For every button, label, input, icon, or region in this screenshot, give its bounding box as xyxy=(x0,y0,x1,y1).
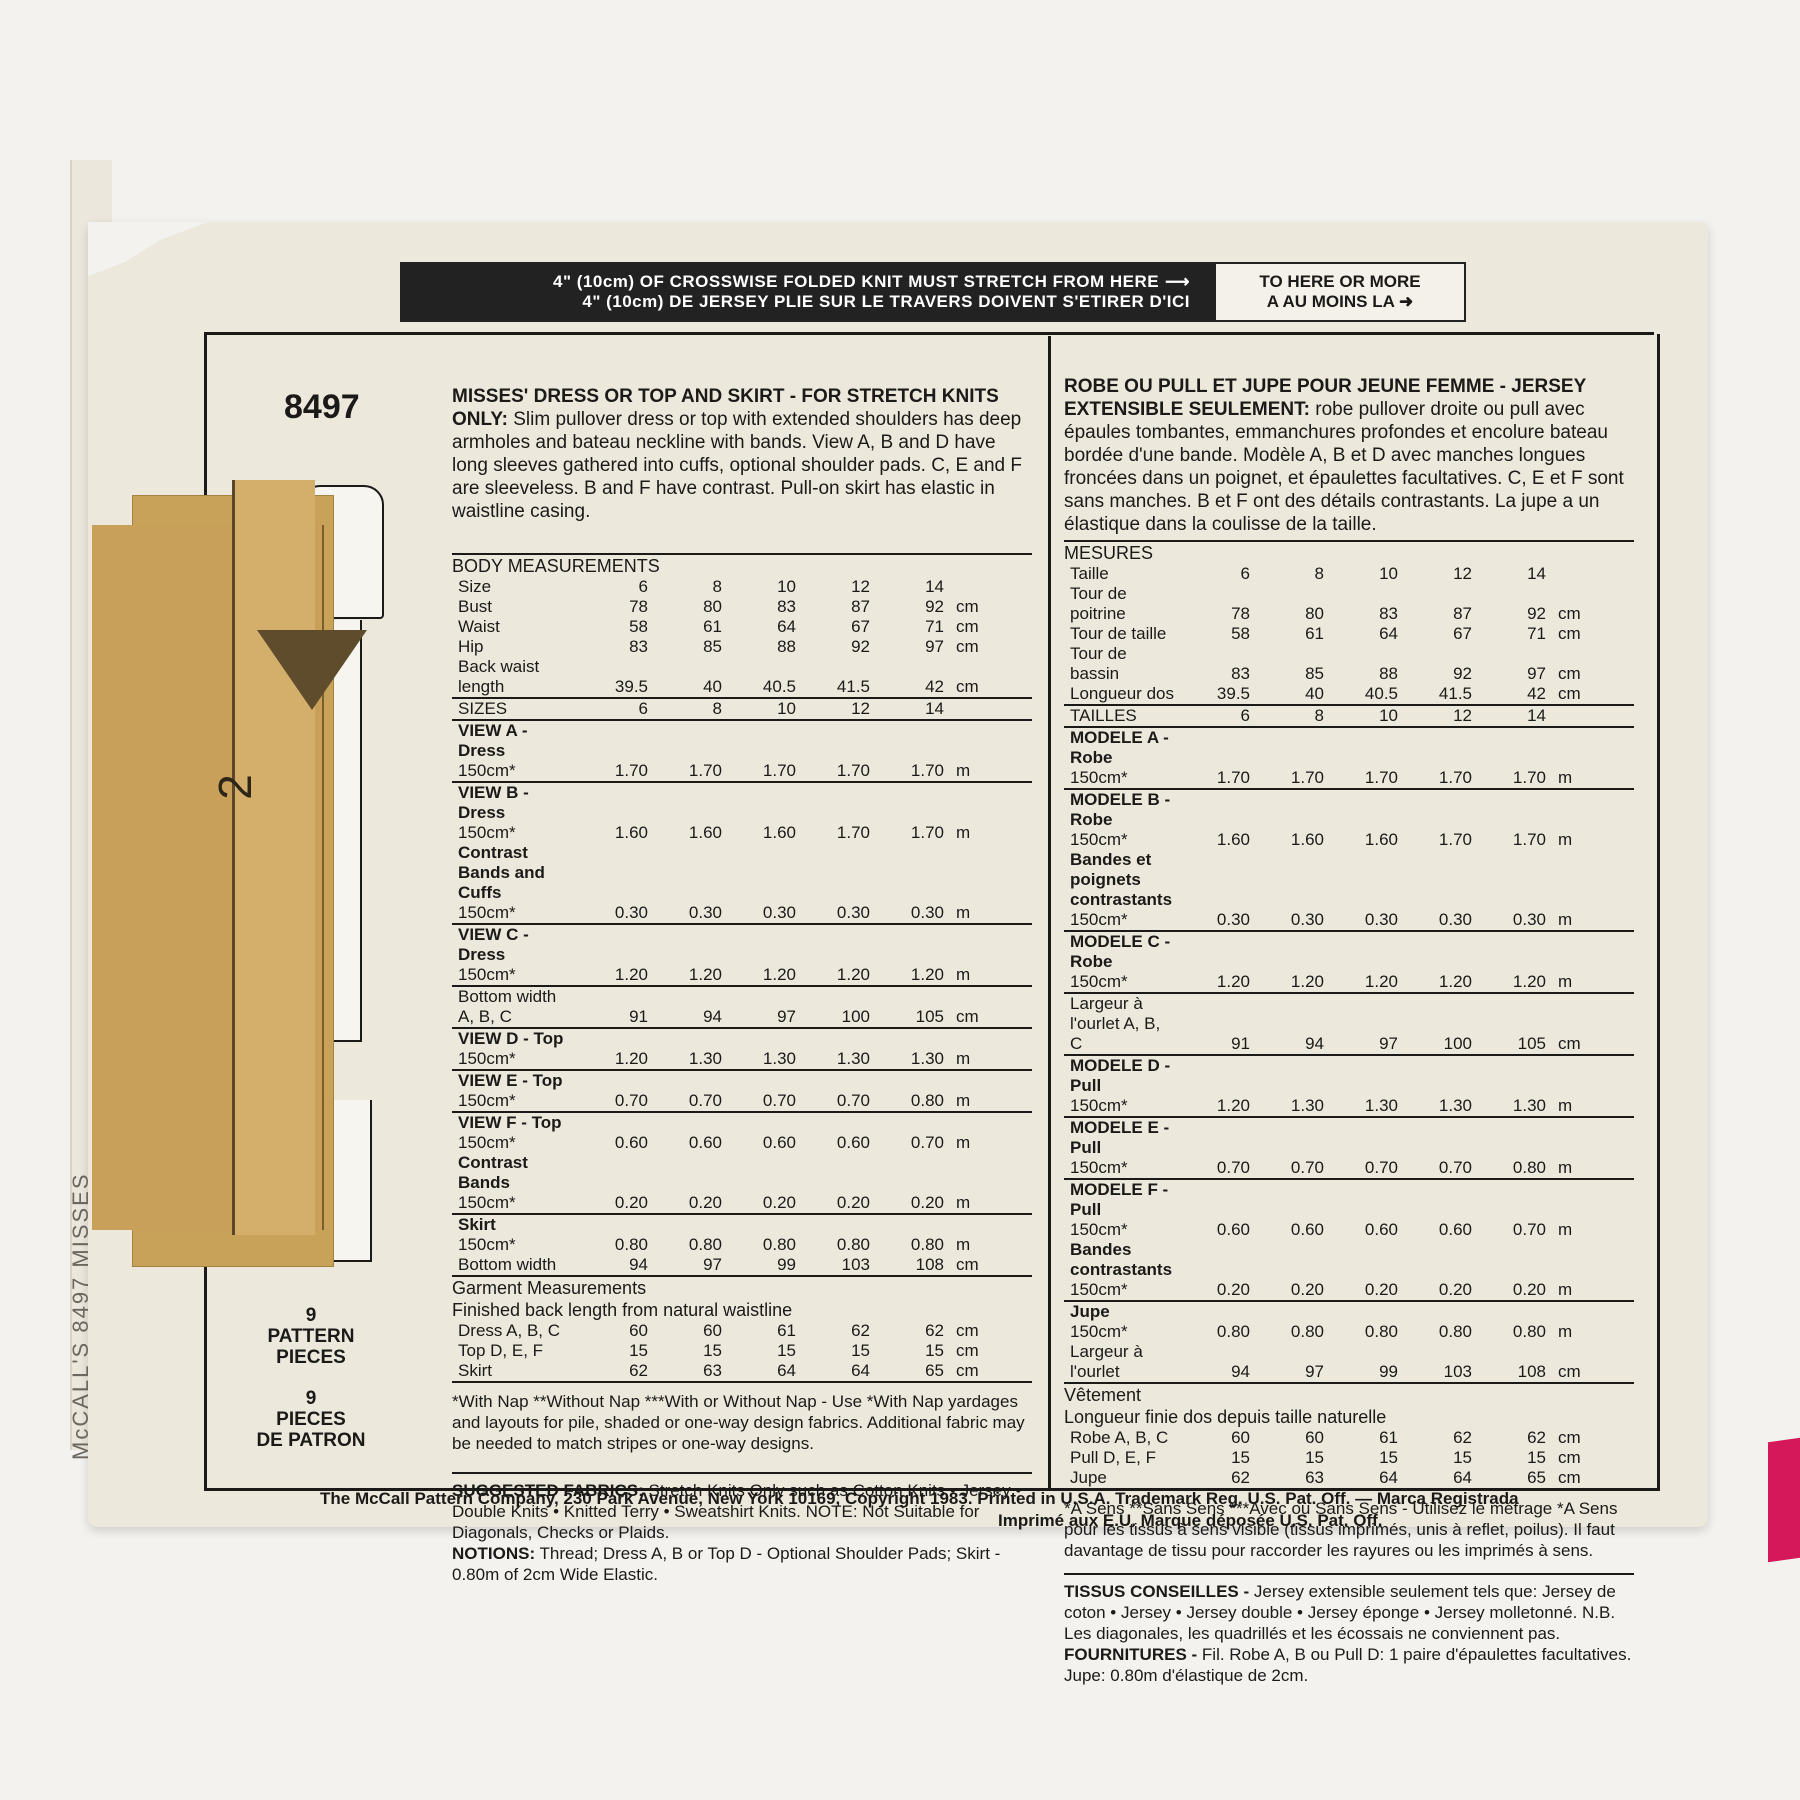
yardage-row: Contrast Bands150cm*0.200.200.200.200.20… xyxy=(452,1153,1032,1214)
yardage-row: MODELE F - Pull150cm*0.600.600.600.600.7… xyxy=(1064,1179,1634,1240)
suggested-fabrics-fr: TISSUS CONSEILLES - Jersey extensible se… xyxy=(1064,1581,1634,1644)
yardage-row: Jupe150cm*0.800.800.800.800.80m xyxy=(1064,1301,1634,1342)
table-row: Size68101214 xyxy=(452,577,1032,597)
table-row: Tour de bassin8385889297cm xyxy=(1064,644,1634,684)
table-row: Tour de taille5861646771cm xyxy=(1064,624,1634,644)
yardage-row: VIEW A - Dress150cm*1.701.701.701.701.70… xyxy=(452,721,1032,782)
description-en: MISSES' DRESS OR TOP AND SKIRT - FOR STR… xyxy=(452,385,1032,523)
column-divider xyxy=(1048,336,1051,1488)
table-row: Robe A, B, C6060616262cm xyxy=(1064,1428,1634,1448)
stretch-guide-en: 4" (10cm) OF CROSSWISE FOLDED KNIT MUST … xyxy=(553,272,1159,291)
yardage-row: VIEW B - Dress150cm*1.601.601.601.701.70… xyxy=(452,782,1032,843)
table-row: Dress A, B, C6060616262cm xyxy=(452,1321,1032,1341)
garment-measurements-header-en: Garment Measurements xyxy=(452,1277,1032,1299)
table-row: Jupe6263646465cm xyxy=(1064,1468,1634,1489)
stretch-guide-fr: 4" (10cm) DE JERSEY PLIE SUR LE TRAVERS … xyxy=(582,292,1190,311)
yardage-row: MODELE E - Pull150cm*0.700.700.700.700.8… xyxy=(1064,1117,1634,1179)
garment-measurements-header-fr: Vêtement xyxy=(1064,1384,1634,1406)
yardage-row: Bottom width949799103108cm xyxy=(452,1255,1032,1276)
table-row: Skirt6263646465cm xyxy=(452,1361,1032,1382)
table-row: Top D, E, F1515151515cm xyxy=(452,1341,1032,1361)
table-row: Pull D, E, F1515151515cm xyxy=(1064,1448,1634,1468)
yardage-row: MODELE B - Robe150cm*1.601.601.601.701.7… xyxy=(1064,789,1634,850)
stretch-target-en: TO HERE OR MORE xyxy=(1259,272,1420,292)
yardage-row: Bottom width A, B, C919497100105cm xyxy=(452,986,1032,1028)
arrow-right-icon: ⟶ xyxy=(1165,272,1190,292)
pattern-pieces-fr: 9 PIECES DE PATRON xyxy=(226,1388,396,1451)
pattern-pieces-en: 9 PATTERN PIECES xyxy=(226,1305,396,1368)
garment-measurements-table-en: Dress A, B, C6060616262cmTop D, E, F1515… xyxy=(452,1321,1032,1383)
stretch-guide-banner: 4" (10cm) OF CROSSWISE FOLDED KNIT MUST … xyxy=(400,262,1466,322)
body-measurements-header-en: BODY MEASUREMENTS xyxy=(452,555,1032,577)
yardage-row: Contrast Bands and Cuffs150cm*0.300.300.… xyxy=(452,843,1032,924)
yardage-row: Largeur à l'ourlet A, B, C919497100105cm xyxy=(1064,993,1634,1055)
notions-en: NOTIONS: Thread; Dress A, B or Top D - O… xyxy=(452,1543,1032,1585)
yardage-table-en: VIEW A - Dress150cm*1.701.701.701.701.70… xyxy=(452,721,1032,1277)
yardage-row: VIEW E - Top150cm*0.700.700.700.700.80m xyxy=(452,1070,1032,1112)
table-row: Waist5861646771cm xyxy=(452,617,1032,637)
stretch-target-box: TO HERE OR MORE A AU MOINS LA ➜ xyxy=(1214,262,1466,322)
table-row: Taille68101214 xyxy=(1064,564,1634,584)
yardage-row: VIEW F - Top150cm*0.600.600.600.600.70m xyxy=(452,1112,1032,1153)
table-row: Bust7880838792cm xyxy=(452,597,1032,617)
table-row: Tour de poitrine7880838792cm xyxy=(1064,584,1634,624)
yardage-table-fr: MODELE A - Robe150cm*1.701.701.701.701.7… xyxy=(1064,728,1634,1384)
spine-label: McCALL'S 8497 MISSES xyxy=(68,1000,88,1460)
yardage-row: VIEW C - Dress150cm*1.201.201.201.201.20… xyxy=(452,924,1032,986)
stretch-target-fr: A AU MOINS LA xyxy=(1267,292,1395,311)
yardage-row: MODELE D - Pull150cm*1.201.301.301.301.3… xyxy=(1064,1055,1634,1117)
notions-fr: FOURNITURES - Fil. Robe A, B ou Pull D: … xyxy=(1064,1644,1634,1686)
table-row: Back waist length39.54040.541.542cm xyxy=(452,657,1032,698)
yardage-row: Bandes et poignets contrastants150cm*0.3… xyxy=(1064,850,1634,931)
notch-triangle-icon xyxy=(257,630,367,710)
yardage-row: MODELE A - Robe150cm*1.701.701.701.701.7… xyxy=(1064,728,1634,789)
sizes-row: TAILLES68101214 xyxy=(1064,705,1634,727)
yardage-row: Bandes contrastants150cm*0.200.200.200.2… xyxy=(1064,1240,1634,1301)
table-row: Hip8385889297cm xyxy=(452,637,1032,657)
sizes-row: SIZES68101214 xyxy=(452,698,1032,720)
garment-measurements-table-fr: Robe A, B, C6060616262cmPull D, E, F1515… xyxy=(1064,1428,1634,1490)
publisher-footer: The McCall Pattern Company, 230 Park Ave… xyxy=(320,1488,1519,1532)
body-measurements-table-en: Size68101214Bust7880838792cmWaist5861646… xyxy=(452,577,1032,721)
english-column: MISSES' DRESS OR TOP AND SKIRT - FOR STR… xyxy=(452,385,1032,1585)
description-fr: ROBE OU PULL ET JUPE POUR JEUNE FEMME - … xyxy=(1064,375,1634,536)
body-measurements-header-fr: MESURES xyxy=(1064,542,1634,564)
nap-note-en: *With Nap **Without Nap ***With or Witho… xyxy=(452,1391,1032,1454)
yardage-row: Skirt150cm*0.800.800.800.800.80m xyxy=(452,1214,1032,1255)
piece-number: 2 xyxy=(208,774,262,800)
table-row: Longueur dos39.54040.541.542cm xyxy=(1064,684,1634,705)
yardage-row: MODELE C - Robe150cm*1.201.201.201.201.2… xyxy=(1064,931,1634,993)
pink-paper-edge xyxy=(1768,1438,1800,1562)
pattern-number: 8497 xyxy=(284,388,360,427)
arrow-right-icon: ➜ xyxy=(1399,292,1413,311)
yardage-row: VIEW D - Top150cm*1.201.301.301.301.30m xyxy=(452,1028,1032,1070)
folded-tissue-pattern-pieces: 2 xyxy=(92,480,337,1270)
body-measurements-table-fr: Taille68101214Tour de poitrine7880838792… xyxy=(1064,564,1634,728)
yardage-row: Largeur à l'ourlet949799103108cm xyxy=(1064,1342,1634,1383)
